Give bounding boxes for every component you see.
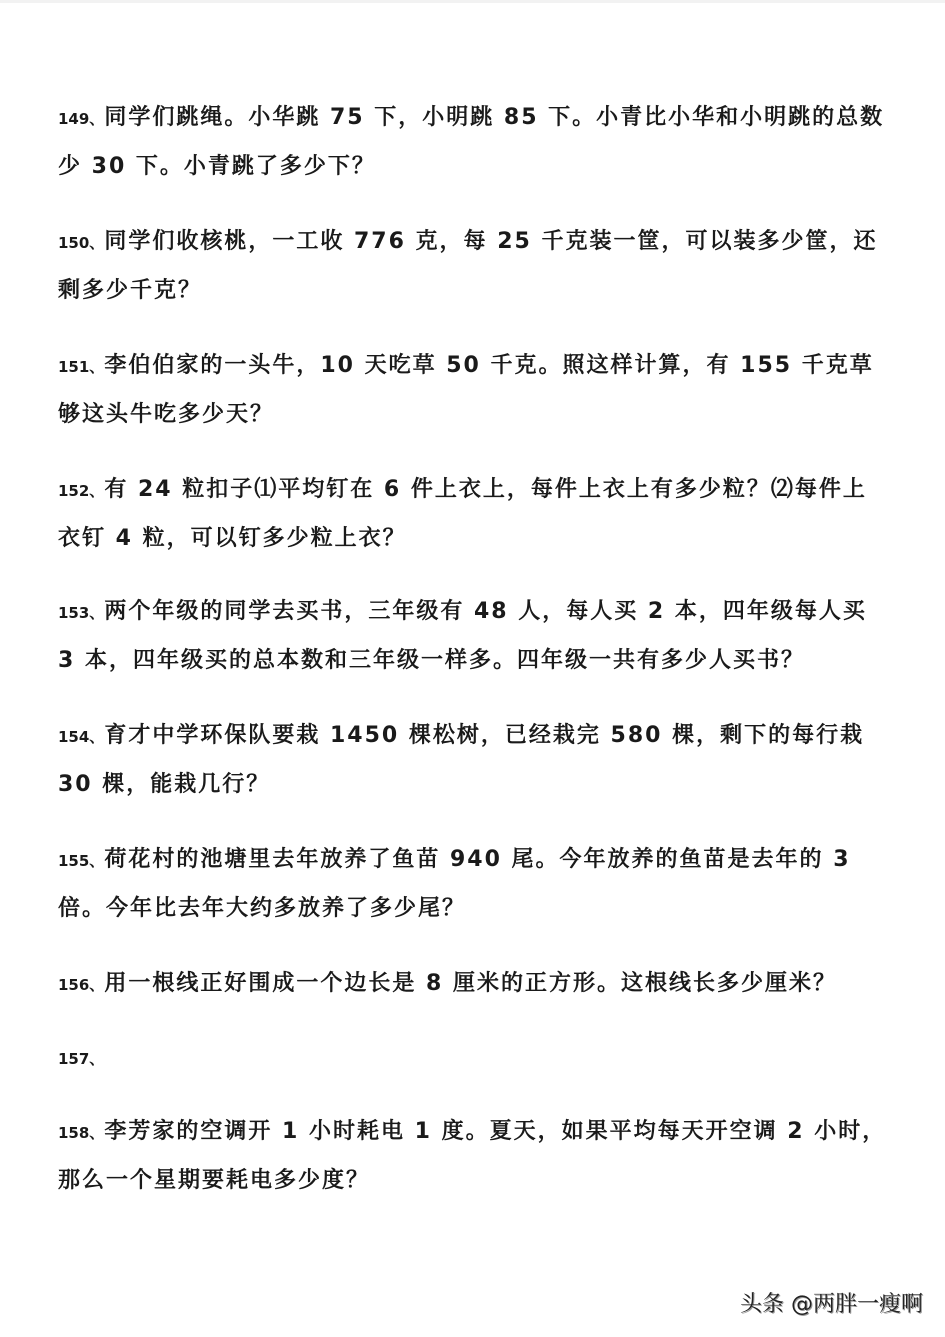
problem-item: 156、用一根线正好围成一个边长是 8 厘米的正方形。这根线长多少厘米？ bbox=[58, 960, 888, 1009]
problem-text: 用一根线正好围成一个边长是 8 厘米的正方形。这根线长多少厘米？ bbox=[104, 971, 837, 996]
problem-number: 155、 bbox=[58, 852, 104, 870]
problem-item: 155、荷花村的池塘里去年放养了鱼苗 940 尾。今年放养的鱼苗是去年的 3 倍… bbox=[58, 836, 888, 933]
problem-item: 149、同学们跳绳。小华跳 75 下，小明跳 85 下。小青比小华和小明跳的总数… bbox=[58, 94, 888, 191]
problem-number: 151、 bbox=[58, 358, 104, 376]
problem-number: 158、 bbox=[58, 1124, 104, 1142]
problem-text: 李伯伯家的一头牛，10 天吃草 50 千克。照这样计算，有 155 千克草够这头… bbox=[58, 353, 874, 427]
problem-number: 153、 bbox=[58, 604, 104, 622]
watermark: 头条 @两胖一瘦啊 bbox=[740, 1287, 923, 1318]
problem-item: 150、同学们收核桃，一工收 776 克，每 25 千克装一筐，可以装多少筐，还… bbox=[58, 218, 888, 315]
problem-number: 157、 bbox=[58, 1050, 104, 1068]
problem-text: 两个年级的同学去买书，三年级有 48 人，每人买 2 本，四年级每人买 3 本，… bbox=[58, 599, 867, 673]
problem-number: 150、 bbox=[58, 234, 104, 252]
problem-text: 有 24 粒扣子⑴平均钉在 6 件上衣上，每件上衣上有多少粒？⑵每件上衣钉 4 … bbox=[58, 477, 867, 551]
problem-number: 152、 bbox=[58, 482, 104, 500]
problem-item: 158、李芳家的空调开 1 小时耗电 1 度。夏天，如果平均每天开空调 2 小时… bbox=[58, 1108, 888, 1205]
problem-text: 同学们跳绳。小华跳 75 下，小明跳 85 下。小青比小华和小明跳的总数少 30… bbox=[58, 105, 884, 179]
problem-text: 荷花村的池塘里去年放养了鱼苗 940 尾。今年放养的鱼苗是去年的 3 倍。今年比… bbox=[58, 847, 851, 921]
problem-item: 152、有 24 粒扣子⑴平均钉在 6 件上衣上，每件上衣上有多少粒？⑵每件上衣… bbox=[58, 466, 888, 563]
problem-text: 李芳家的空调开 1 小时耗电 1 度。夏天，如果平均每天开空调 2 小时，那么一… bbox=[58, 1119, 886, 1193]
problem-item: 157、 bbox=[58, 1034, 888, 1083]
problem-text: 育才中学环保队要栽 1450 棵松树，已经栽完 580 棵，剩下的每行栽 30 … bbox=[58, 723, 864, 797]
problem-item: 151、李伯伯家的一头牛，10 天吃草 50 千克。照这样计算，有 155 千克… bbox=[58, 342, 888, 439]
top-strip bbox=[0, 0, 945, 3]
problem-number: 156、 bbox=[58, 976, 104, 994]
problem-item: 154、育才中学环保队要栽 1450 棵松树，已经栽完 580 棵，剩下的每行栽… bbox=[58, 712, 888, 809]
problem-text: 同学们收核桃，一工收 776 克，每 25 千克装一筐，可以装多少筐，还剩多少千… bbox=[58, 229, 878, 303]
problem-item: 153、两个年级的同学去买书，三年级有 48 人，每人买 2 本，四年级每人买 … bbox=[58, 588, 888, 685]
problem-number: 154、 bbox=[58, 728, 104, 746]
problem-number: 149、 bbox=[58, 110, 104, 128]
